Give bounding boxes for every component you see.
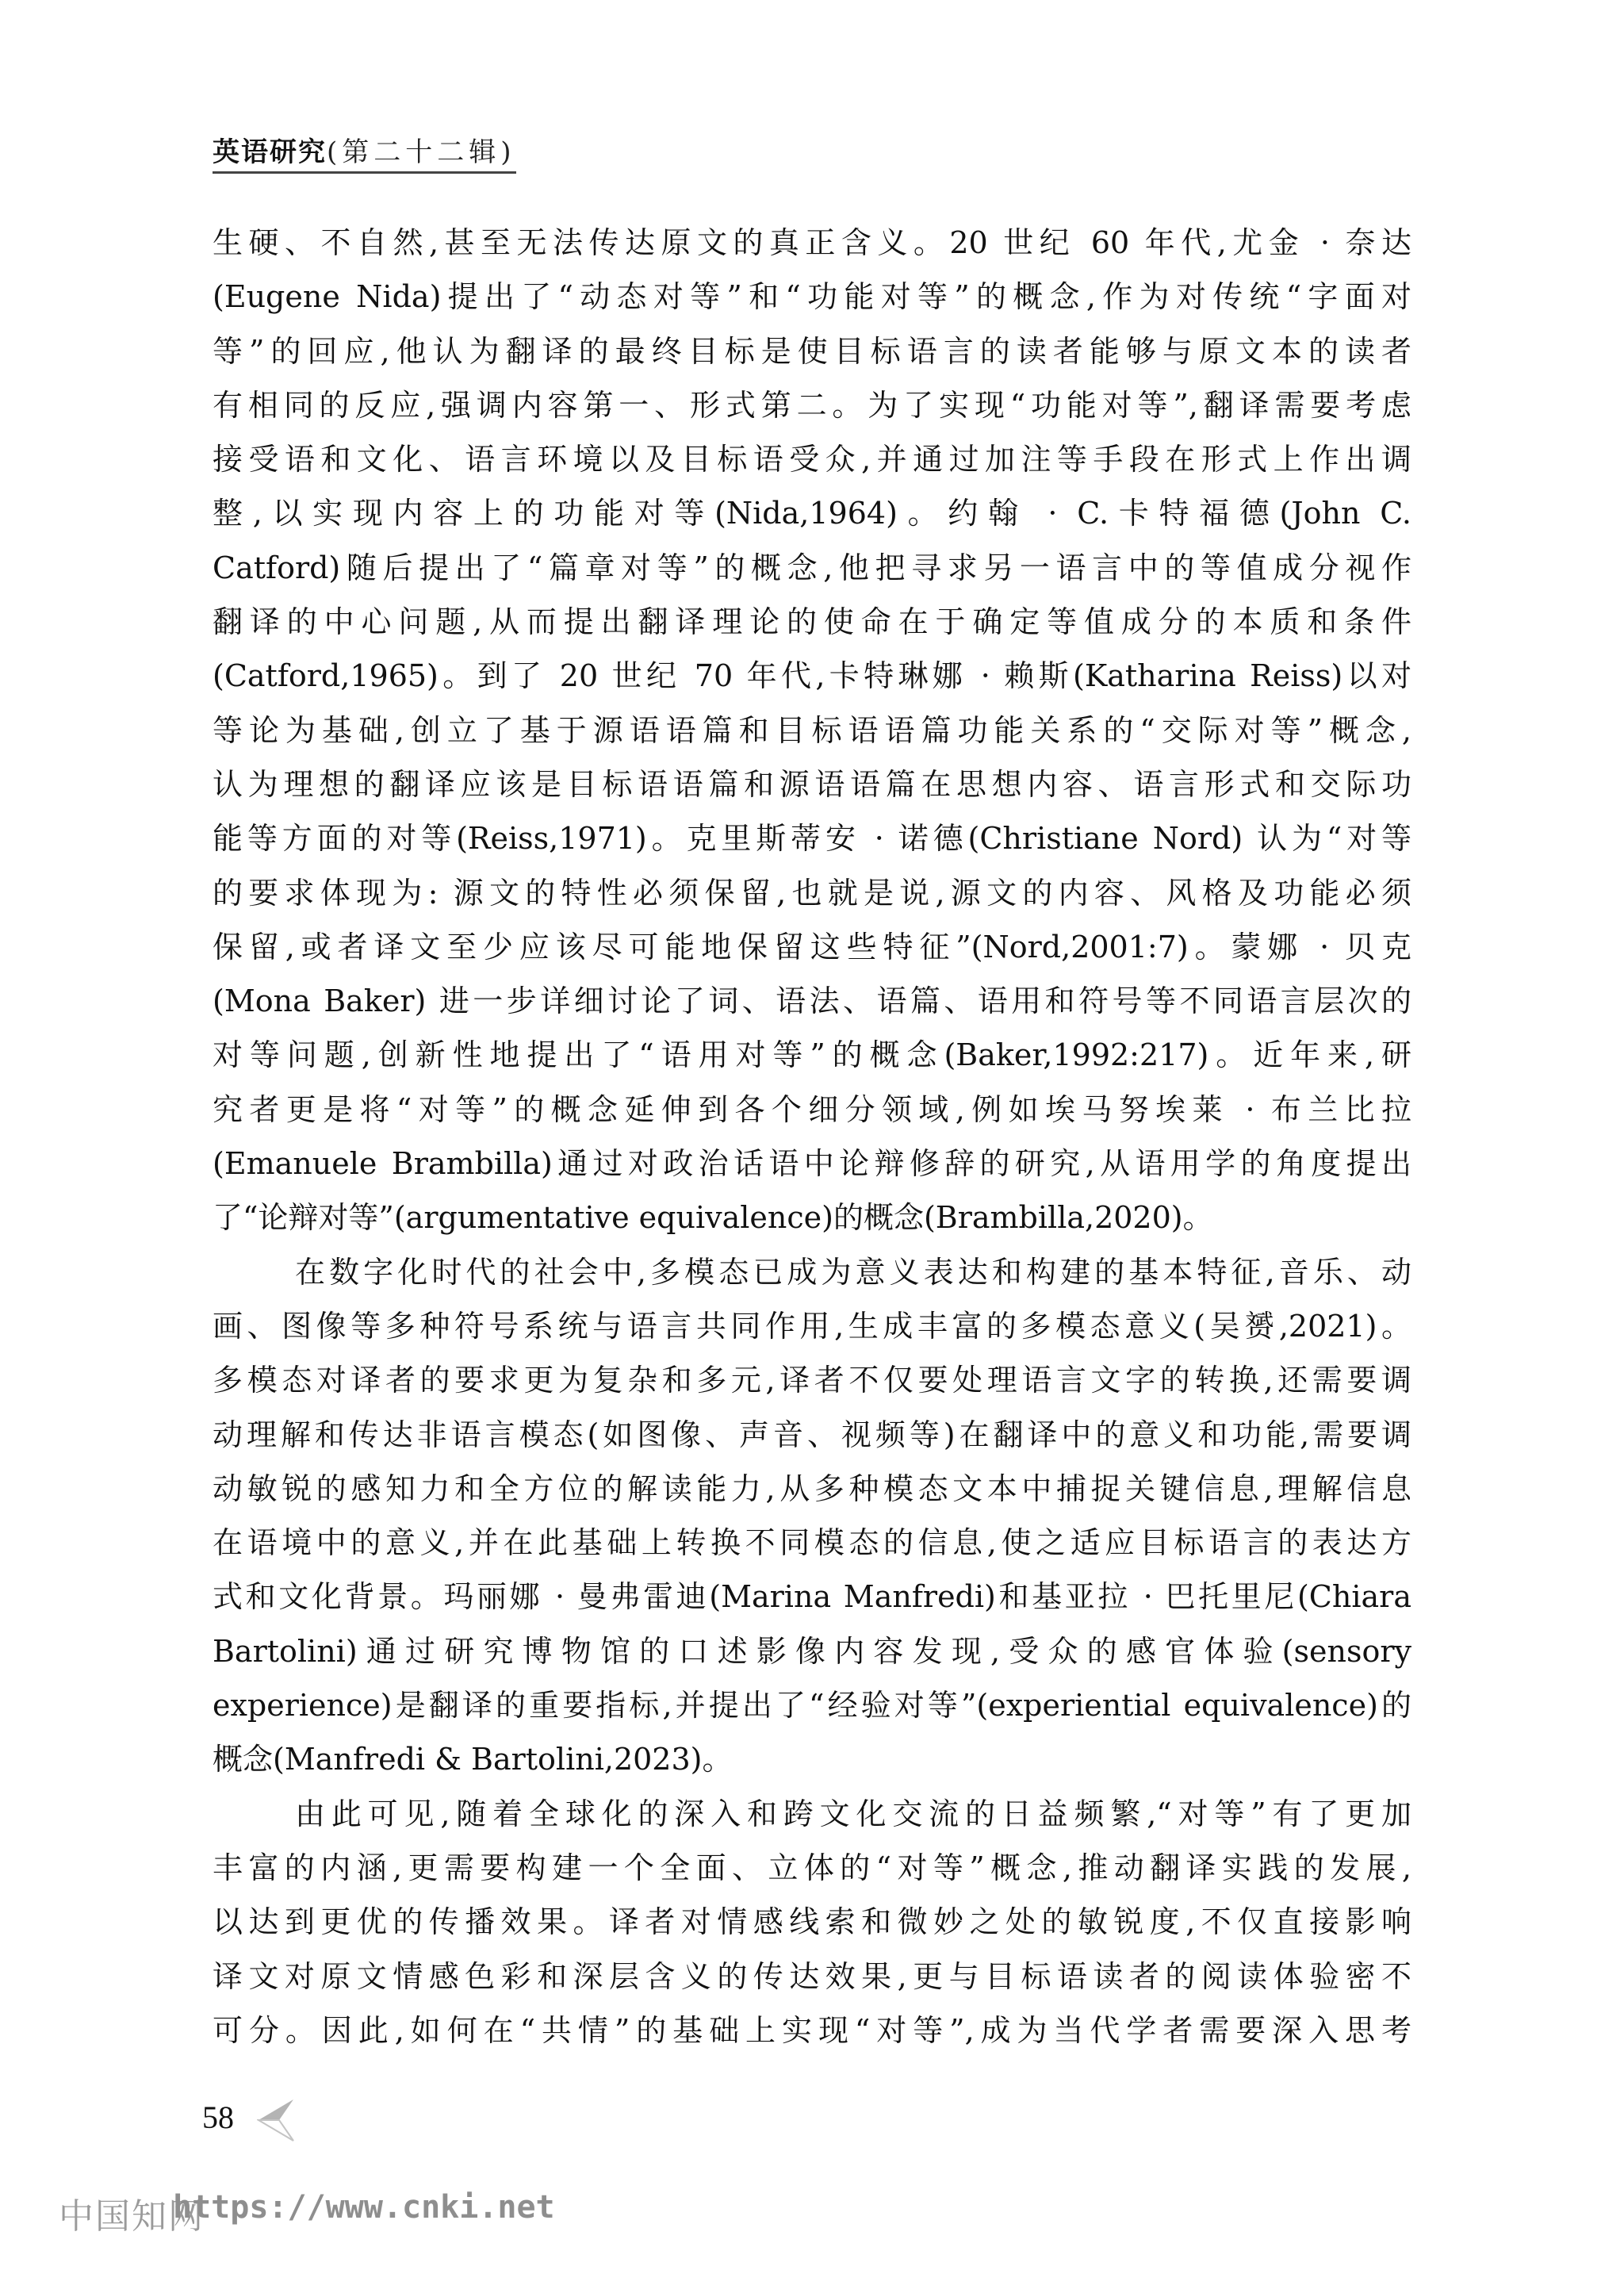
- text-line: 有相同的反应,强调内容第一、形式第二。为了实现“功能对等”,翻译需要考虑: [213, 383, 1411, 437]
- text-line: 究者更是将“对等”的概念延伸到各个细分领域,例如埃马努埃莱 · 布兰比拉: [213, 1087, 1411, 1141]
- text-line: 在数字化时代的社会中,多模态已成为意义表达和构建的基本特征,音乐、动: [213, 1250, 1411, 1304]
- issue-label: (第二十二辑): [327, 136, 516, 168]
- text-line: 对等问题,创新性地提出了“语用对等”的概念(Baker,1992:217)。近年…: [213, 1033, 1411, 1087]
- text-line: (Emanuele Brambilla)通过对政治话语中论辩修辞的研究,从语用学…: [213, 1141, 1411, 1195]
- text-line: 在语境中的意义,并在此基础上转换不同模态的信息,使之适应目标语言的表达方: [213, 1520, 1411, 1574]
- text-line: 了“论辩对等”(argumentative equivalence)的概念(Br…: [213, 1195, 1411, 1249]
- text-line: 概念(Manfredi & Bartolini,2023)。: [213, 1737, 1411, 1791]
- paragraph: 在数字化时代的社会中,多模态已成为意义表达和构建的基本特征,音乐、动画、图像等多…: [213, 1250, 1411, 1792]
- text-line: 由此可见,随着全球化的深入和跨文化交流的日益频繁,“对等”有了更加: [213, 1792, 1411, 1846]
- paragraph: 生硬、不自然,甚至无法传达原文的真正含义。20 世纪 60 年代,尤金 · 奈达…: [213, 220, 1411, 1250]
- text-line: 接受语和文化、语言环境以及目标语受众,并通过加注等手段在形式上作出调: [213, 437, 1411, 491]
- text-line: 等”的回应,他认为翻译的最终目标是使目标语言的读者能够与原文本的读者: [213, 329, 1411, 383]
- text-line: 动敏锐的感知力和全方位的解读能力,从多种模态文本中捕捉关键信息,理解信息: [213, 1467, 1411, 1520]
- paragraph: 由此可见,随着全球化的深入和跨文化交流的日益频繁,“对等”有了更加丰富的内涵,更…: [213, 1792, 1411, 2062]
- text-line: 保留,或者译文至少应该尽可能地保留这些特征”(Nord,2001:7)。蒙娜 ·…: [213, 925, 1411, 979]
- body-text: 生硬、不自然,甚至无法传达原文的真正含义。20 世纪 60 年代,尤金 · 奈达…: [213, 220, 1411, 2062]
- text-line: 式和文化背景。玛丽娜 · 曼弗雷迪(Marina Manfredi)和基亚拉 ·…: [213, 1574, 1411, 1628]
- text-line: 译文对原文情感色彩和深层含义的传达效果,更与目标语读者的阅读体验密不: [213, 1954, 1411, 2008]
- text-line: 丰富的内涵,更需要构建一个全面、立体的“对等”概念,推动翻译实践的发展,: [213, 1846, 1411, 1900]
- text-line: (Mona Baker) 进一步详细讨论了词、语法、语篇、语用和符号等不同语言层…: [213, 979, 1411, 1033]
- document-page: 英语研究(第二十二辑) 生硬、不自然,甚至无法传达原文的真正含义。20 世纪 6…: [0, 0, 1624, 2293]
- text-line: 翻译的中心问题,从而提出翻译理论的使命在于确定等值成分的本质和条件: [213, 600, 1411, 654]
- text-line: (Catford,1965)。到了 20 世纪 70 年代,卡特琳娜 · 赖斯(…: [213, 654, 1411, 707]
- text-line: Bartolini)通过研究博物馆的口述影像内容发现,受众的感官体验(senso…: [213, 1629, 1411, 1683]
- text-line: 画、图像等多种符号系统与语言共同作用,生成丰富的多模态意义(吴赟,2021)。: [213, 1304, 1411, 1358]
- running-head: 英语研究(第二十二辑): [213, 135, 516, 174]
- text-line: 能等方面的对等(Reiss,1971)。克里斯蒂安 · 诺德(Christian…: [213, 816, 1411, 870]
- text-line: 等论为基础,创立了基于源语语篇和目标语语篇功能关系的“交际对等”概念,: [213, 708, 1411, 762]
- text-line: 动理解和传达非语言模态(如图像、声音、视频等)在翻译中的意义和功能,需要调: [213, 1413, 1411, 1467]
- text-line: experience)是翻译的重要指标,并提出了“经验对等”(experient…: [213, 1683, 1411, 1737]
- text-line: Catford)随后提出了“篇章对等”的概念,他把寻求另一语言中的等值成分视作: [213, 546, 1411, 600]
- text-line: 生硬、不自然,甚至无法传达原文的真正含义。20 世纪 60 年代,尤金 · 奈达: [213, 220, 1411, 274]
- page-number: 58: [202, 2099, 234, 2136]
- watermark-url: https://www.cnki.net: [173, 2189, 555, 2226]
- text-line: (Eugene Nida)提出了“动态对等”和“功能对等”的概念,作为对传统“字…: [213, 274, 1411, 328]
- text-line: 认为理想的翻译应该是目标语语篇和源语语篇在思想内容、语言形式和交际功: [213, 762, 1411, 816]
- text-line: 以达到更优的传播效果。译者对情感线索和微妙之处的敏锐度,不仅直接影响: [213, 1900, 1411, 1954]
- journal-title: 英语研究: [213, 136, 327, 168]
- text-line: 多模态对译者的要求更为复杂和多元,译者不仅要处理语言文字的转换,还需要调: [213, 1358, 1411, 1412]
- text-line: 的要求体现为: 源文的特性必须保留,也就是说,源文的内容、风格及功能必须: [213, 871, 1411, 925]
- text-line: 整,以实现内容上的功能对等(Nida,1964)。约翰 · C.卡特福德(Joh…: [213, 491, 1411, 545]
- text-line: 可分。因此,如何在“共情”的基础上实现“对等”,成为当代学者需要深入思考: [213, 2008, 1411, 2062]
- left-arrowhead-icon: [257, 2099, 297, 2142]
